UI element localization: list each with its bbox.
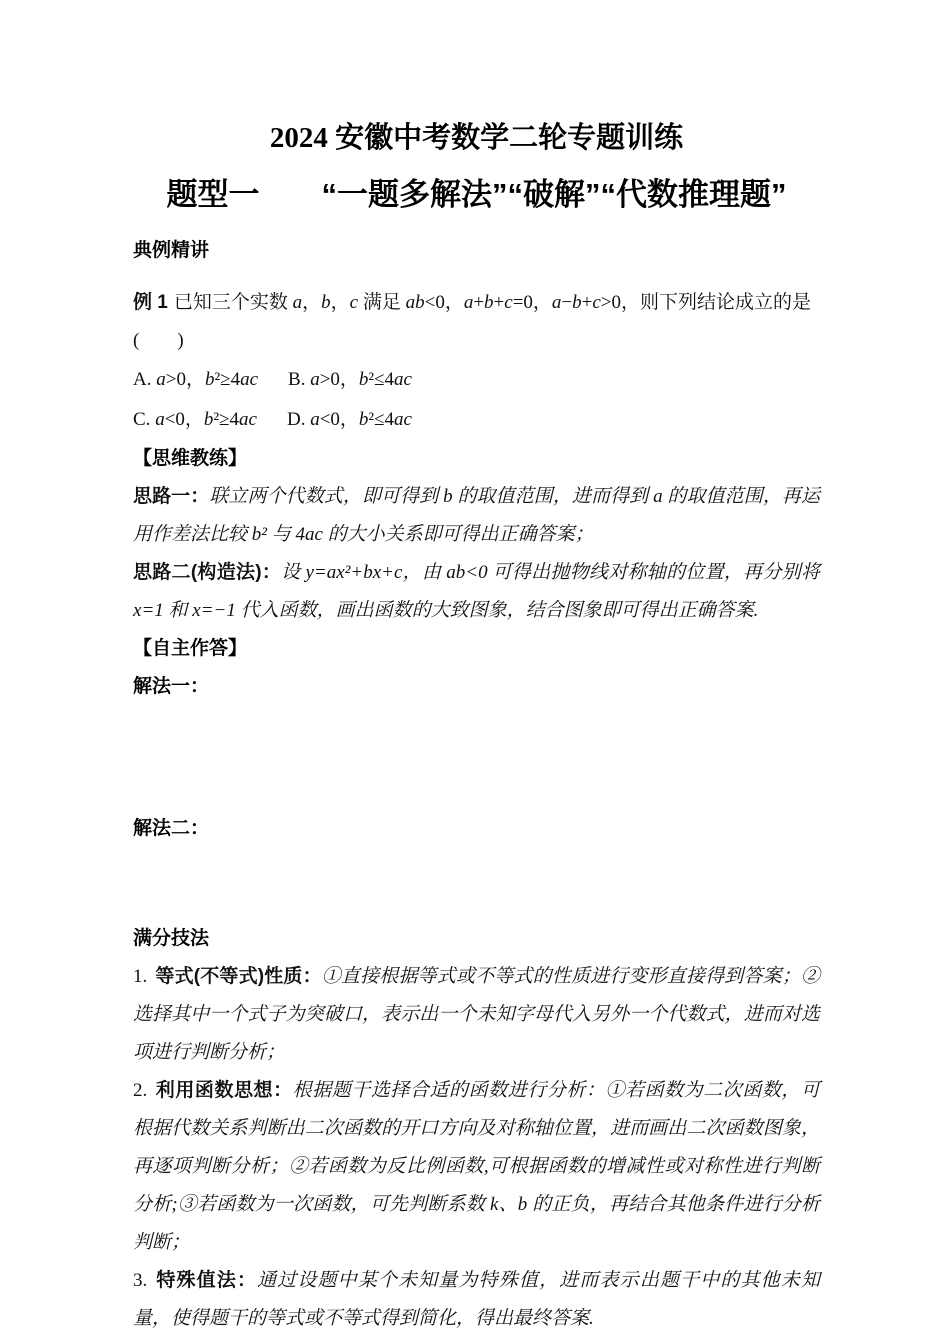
- section-heading-tips: 满分技法: [133, 920, 820, 958]
- example-label: 例 1: [133, 292, 168, 313]
- options-row-2: C. a<0，b²≥4ac D. a<0，b²≤4ac: [133, 400, 820, 440]
- tip-text-2: 根据题干选择合适的函数进行分析：①若函数为二次函数，可根据代数关系判断出二次函数…: [133, 1080, 820, 1253]
- tip-number-2: 2.: [133, 1080, 147, 1101]
- doc-title: 2024 安徽中考数学二轮专题训练: [133, 118, 820, 158]
- approach-paragraph-1: 思路一：联立两个代数式，即可得到 b 的取值范围，进而得到 a 的取值范围，再运…: [133, 478, 820, 554]
- method-label-1: 解法一：: [133, 668, 820, 706]
- approach-paragraph-2: 思路二(构造法)：设 y=ax²+bx+c，由 ab<0 可得出抛物线对称轴的位…: [133, 554, 820, 630]
- tip-item-2: 2.利用函数思想：根据题干选择合适的函数进行分析：①若函数为二次函数，可根据代数…: [133, 1072, 820, 1262]
- approach-label-1: 思路一：: [133, 486, 209, 507]
- tip-term-1: 等式(不等式)性质：: [155, 966, 322, 987]
- tip-item-3: 3.特殊值法：通过设题中某个未知量为特殊值，进而表示出题干中的其他未知量，使得题…: [133, 1262, 820, 1338]
- section-heading-self-answer: 【自主作答】: [133, 630, 820, 668]
- method-label-2: 解法二：: [133, 810, 820, 848]
- approach-label-2: 思路二(构造法)：: [133, 562, 281, 583]
- section-heading-lecture: 典例精讲: [133, 232, 820, 270]
- tip-term-3: 特殊值法：: [155, 1270, 257, 1291]
- example-question-text: 已知三个实数 a，b，c 满足 ab<0，a+b+c=0，a−b+c>0，则下列…: [174, 292, 811, 313]
- tip-number-1: 1.: [133, 966, 147, 987]
- tip-term-2: 利用函数思想：: [155, 1080, 292, 1101]
- section-heading-coaching: 【思维教练】: [133, 440, 820, 478]
- tip-number-3: 3.: [133, 1270, 147, 1291]
- option-d: D. a<0，b²≤4ac: [287, 400, 412, 440]
- option-b: B. a>0，b²≤4ac: [288, 360, 412, 400]
- answer-blank: ( ): [133, 322, 820, 360]
- options-row-1: A. a>0，b²≥4ac B. a>0，b²≤4ac: [133, 360, 820, 400]
- option-a: A. a>0，b²≥4ac: [133, 360, 258, 400]
- approach-text-1: 联立两个代数式，即可得到 b 的取值范围，进而得到 a 的取值范围，再运用作差法…: [133, 486, 820, 545]
- doc-subtitle: 题型一 “一题多解法”“破解”“代数推理题”: [133, 172, 820, 218]
- option-c: C. a<0，b²≥4ac: [133, 400, 257, 440]
- example-paragraph: 例 1已知三个实数 a，b，c 满足 ab<0，a+b+c=0，a−b+c>0，…: [133, 284, 820, 322]
- tip-item-1: 1.等式(不等式)性质：①直接根据等式或不等式的性质进行变形直接得到答案；②选择…: [133, 958, 820, 1072]
- document-page: 2024 安徽中考数学二轮专题训练 题型一 “一题多解法”“破解”“代数推理题”…: [0, 0, 950, 1344]
